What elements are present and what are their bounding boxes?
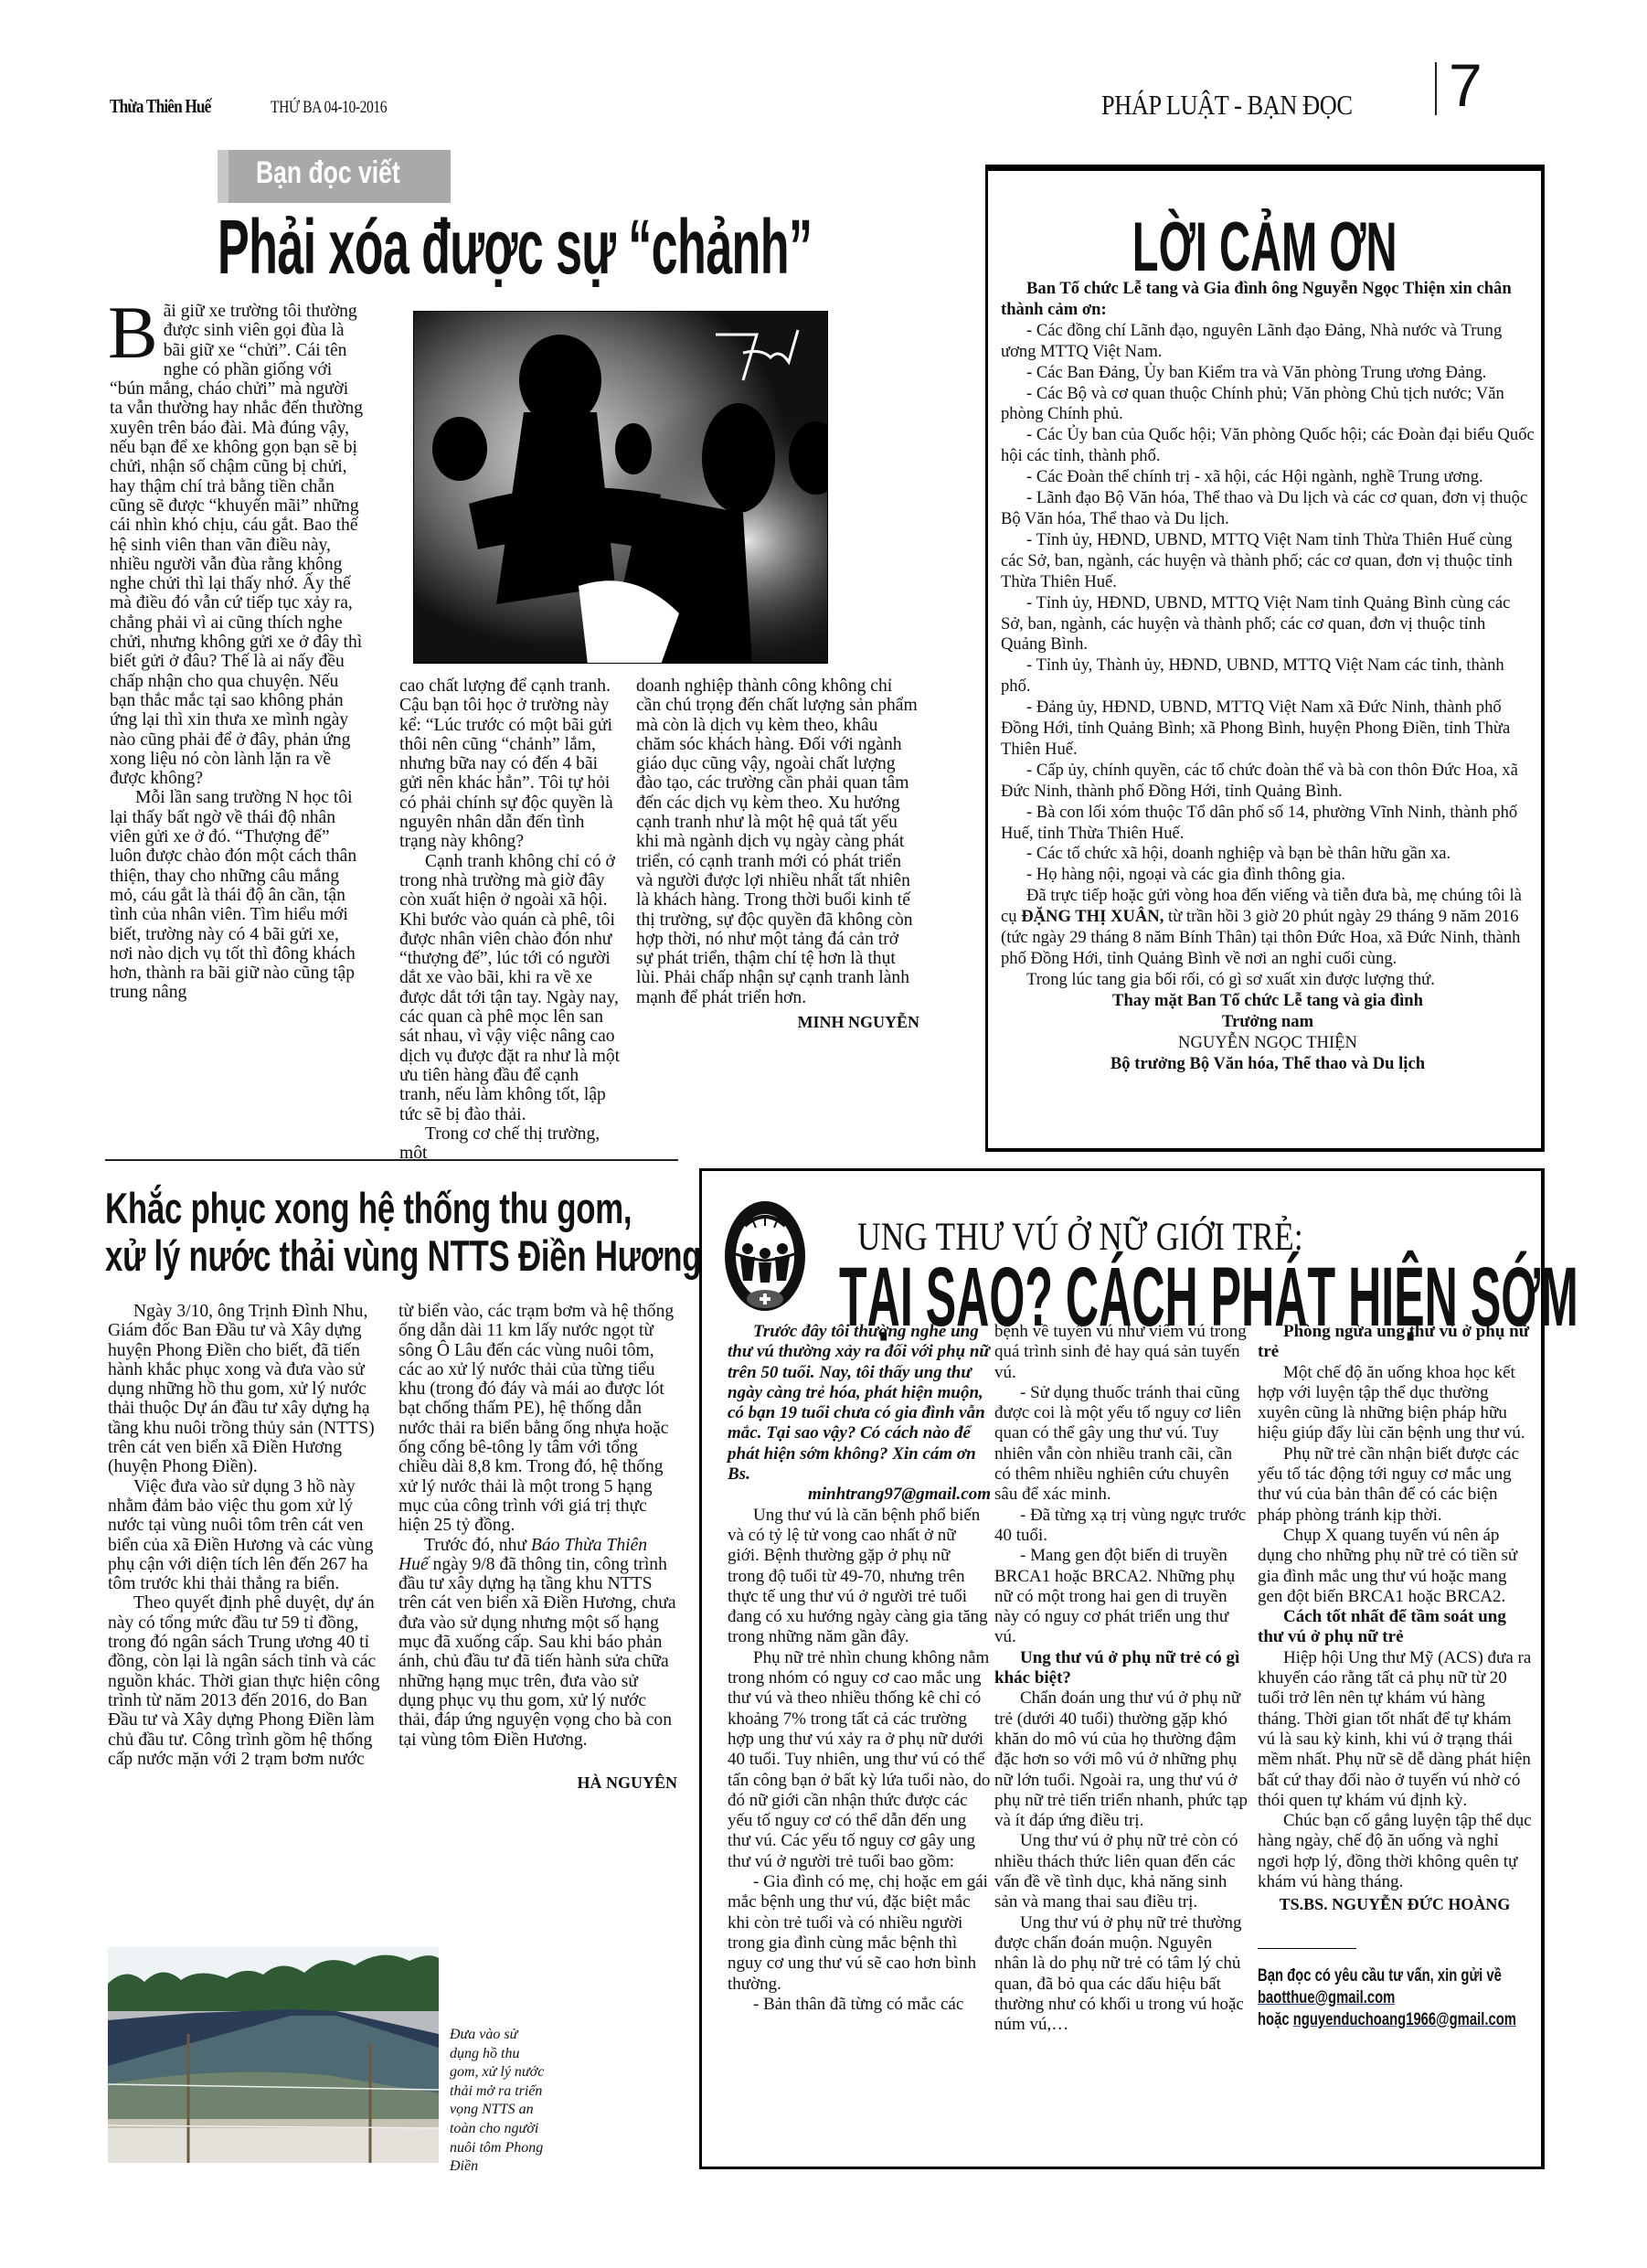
signature-role: Trưởng nam <box>1001 1012 1535 1033</box>
author-byline: MINH NGUYỄN <box>636 1013 919 1032</box>
thanks-intro: Ban Tổ chức Lễ tang và Gia đình ông Nguy… <box>1001 279 1535 321</box>
photo-caption: Đưa vào sử dụng hồ thu gom, xử lý nước t… <box>450 2026 546 2177</box>
article-paragraph: bệnh về tuyến vú như viêm vú trong quá t… <box>994 1322 1249 1383</box>
article-paragraph: Ngày 3/10, ông Trịnh Đình Nhu, Giám đốc … <box>108 1302 382 1477</box>
contact-divider <box>1258 1948 1356 1949</box>
thanks-item: - Họ hàng nội, ngoại và các gia đình thô… <box>1001 865 1535 886</box>
contact-email-link[interactable]: nguyenduchoang1966@gmail.com <box>1293 2010 1516 2029</box>
article-paragraph: Phụ nữ trẻ nhìn chung không nằm trong nh… <box>728 1648 991 1872</box>
article-paragraph: Phụ nữ trẻ cần nhận biết được các yếu tố… <box>1258 1444 1532 1526</box>
subheading: Cách tốt nhất để tầm soát ung thư vú ở p… <box>1258 1607 1532 1648</box>
illustration-icon <box>414 312 828 664</box>
article-paragraph: - Sử dụng thuốc tránh thai cũng được coi… <box>994 1383 1249 1506</box>
article-paragraph: Trước đó, như Báo Thừa Thiên Huế ngày 9/… <box>398 1536 677 1750</box>
thanks-item: - Tỉnh ủy, Thành ủy, HĐND, UBND, MTTQ Vi… <box>1001 655 1535 697</box>
column-badge: Bạn đọc viết <box>218 150 451 203</box>
article-paragraph: Cạnh tranh không chỉ có ở trong nhà trườ… <box>399 852 622 1124</box>
thanks-item: - Đảng ủy, HĐND, UBND, MTTQ Việt Nam xã … <box>1001 697 1535 761</box>
drop-cap: B <box>108 305 158 360</box>
contact-line: Bạn đọc có yêu cầu tư vấn, xin gửi về <box>1258 1965 1535 1987</box>
article-paragraph: Ung thư vú ở phụ nữ trẻ thường được chẩn… <box>994 1913 1249 2036</box>
health-column-box: UNG THƯ VÚ Ở NỮ GIỚI TRẺ: TẠI SAO? CÁCH … <box>699 1168 1545 2169</box>
thanks-item: - Các đồng chí Lãnh đạo, nguyên Lãnh đạo… <box>1001 321 1535 363</box>
signature-title: Bộ trưởng Bộ Văn hóa, Thể thao và Du lịc… <box>1001 1054 1535 1075</box>
thanks-item: - Các Đoàn thể chính trị - xã hội, các H… <box>1001 467 1535 488</box>
article-paragraph: - Mang gen đột biến di truyền BRCA1 hoặc… <box>994 1546 1249 1647</box>
thanks-item: - Các Bộ và cơ quan thuộc Chính phủ; Văn… <box>1001 384 1535 426</box>
thanks-item: - Các tổ chức xã hội, doanh nghiệp và bạ… <box>1001 844 1535 865</box>
article-column-2: từ biển vào, các trạm bơm và hệ thống ốn… <box>398 1302 677 1793</box>
health-column-3: Phòng ngừa ung thư vú ở phụ nữ trẻ Một c… <box>1258 1322 1532 2031</box>
signature-name: NGUYỄN NGỌC THIỆN <box>1001 1033 1535 1054</box>
section-divider <box>105 1159 678 1161</box>
article-column-1: Bãi giữ xe trường tôi thường được sinh v… <box>110 302 364 1003</box>
contact-info: Bạn đọc có yêu cầu tư vấn, xin gửi về ba… <box>1258 1965 1535 2031</box>
issue-date: THỨ BA 04-10-2016 <box>271 98 387 118</box>
article-paragraph: - Bản thân đã từng có mắc các <box>728 1995 991 2015</box>
health-family-logo <box>722 1198 808 1314</box>
health-column-1: Trước đây tôi thường nghe ung thư vú thư… <box>728 1322 991 2015</box>
health-column-2: bệnh về tuyến vú như viêm vú trong quá t… <box>994 1322 1249 2035</box>
article-paragraph: - Đã từng xạ trị vùng ngực trước 40 tuổi… <box>994 1506 1249 1547</box>
thanks-item: - Các Ban Đảng, Ủy ban Kiểm tra và Văn p… <box>1001 363 1535 384</box>
thanks-item: - Tỉnh ủy, HĐND, UBND, MTTQ Việt Nam tỉn… <box>1001 530 1535 593</box>
author-byline: TS.BS. NGUYỄN ĐỨC HOÀNG <box>1258 1894 1532 1914</box>
article-paragraph: Trong cơ chế thị trường, một <box>399 1124 622 1164</box>
article-paragraph: Việc đưa vào sử dụng 3 hồ này nhằm đảm b… <box>108 1477 382 1594</box>
article-paragraph: Chúc bạn cố gắng luyện tập thể dục hàng … <box>1258 1811 1532 1892</box>
article-paragraph: Hiệp hội Ung thư Mỹ (ACS) đưa ra khuyến … <box>1258 1648 1532 1811</box>
thanks-item: - Tỉnh ủy, HĐND, UBND, MTTQ Việt Nam tỉn… <box>1001 593 1535 656</box>
contact-email-link[interactable]: baotthue@gmail.com <box>1258 1988 1395 2007</box>
article-paragraph: cao chất lượng để cạnh tranh. Cậu bạn tô… <box>399 676 622 852</box>
article-paragraph: Chụp X quang tuyến vú nên áp dụng cho nh… <box>1258 1526 1532 1607</box>
thanks-item: - Bà con lối xóm thuộc Tổ dân phố số 14,… <box>1001 803 1535 845</box>
thanks-notice-box: LỜI CẢM ƠN Ban Tổ chức Lễ tang và Gia đì… <box>985 165 1545 1152</box>
deceased-name: ĐẶNG THỊ XUÂN, <box>1021 907 1164 926</box>
thanks-title: LỜI CẢM ƠN <box>988 208 1541 287</box>
health-logo-icon <box>722 1198 808 1314</box>
reader-email: minhtrang97@gmail.com <box>728 1485 991 1505</box>
pond-photo-icon <box>108 1947 439 2163</box>
badge-stripe <box>218 150 228 203</box>
page-number: 7 <box>1449 55 1482 115</box>
article-paragraph: từ biển vào, các trạm bơm và hệ thống ốn… <box>398 1302 677 1536</box>
thanks-item: - Lãnh đạo Bộ Văn hóa, Thể thao và Du lị… <box>1001 488 1535 530</box>
article-column-2: cao chất lượng để cạnh tranh. Cậu bạn tô… <box>399 676 622 1163</box>
motorbike-parking-illustration <box>413 311 828 664</box>
article-paragraph: Bãi giữ xe trường tôi thường được sinh v… <box>110 302 364 788</box>
article-paragraph: doanh nghiệp thành công không chỉ cần ch… <box>636 676 919 1007</box>
article-paragraph: Theo quyết định phê duyệt, dự án này có … <box>108 1593 382 1769</box>
shrimp-pond-photo <box>108 1947 439 2163</box>
thanks-tribute: Đã trực tiếp hoặc gửi vòng hoa đến viếng… <box>1001 886 1535 970</box>
article-column-1: Ngày 3/10, ông Trịnh Đình Nhu, Giám đốc … <box>108 1302 382 1769</box>
author-byline: HÀ NGUYÊN <box>398 1773 677 1793</box>
article-paragraph: Chẩn đoán ung thư vú ở phụ nữ trẻ (dưới … <box>994 1688 1249 1831</box>
thanks-item: - Cấp ủy, chính quyền, các tổ chức đoàn … <box>1001 761 1535 803</box>
article-paragraph: Ung thư vú ở phụ nữ trẻ còn có nhiều thá… <box>994 1831 1249 1912</box>
article-paragraph: Ung thư vú là căn bệnh phổ biến và có tỷ… <box>728 1506 991 1648</box>
subheading: Phòng ngừa ung thư vú ở phụ nữ trẻ <box>1258 1322 1532 1363</box>
thanks-body: Ban Tổ chức Lễ tang và Gia đình ông Nguy… <box>1001 279 1535 1074</box>
article-title: Phải xóa được sự “chảnh” <box>218 208 812 285</box>
article-paragraph: Một chế độ ăn uống khoa học kết hợp với … <box>1258 1363 1532 1444</box>
article-paragraph: Mỗi lần sang trường N học tôi lại thấy b… <box>110 788 364 1002</box>
header-divider <box>1435 62 1437 115</box>
reader-question: Trước đây tôi thường nghe ung thư vú thư… <box>728 1322 991 1485</box>
article-paragraph: - Gia đình có mẹ, chị hoặc em gái mắc bệ… <box>728 1872 991 1995</box>
thanks-item: - Các Ủy ban của Quốc hội; Văn phòng Quố… <box>1001 425 1535 467</box>
column-badge-label: Bạn đọc viết <box>256 155 400 191</box>
signature-line: Thay mặt Ban Tổ chức Lễ tang và gia đình <box>1001 991 1535 1012</box>
paper-name: Thừa Thiên Huế <box>110 95 211 118</box>
thanks-apology: Trong lúc tang gia bối rối, có gì sơ xuấ… <box>1001 970 1535 991</box>
section-title: PHÁP LUẬT - BẠN ĐỌC <box>1101 89 1352 122</box>
subheading: Ung thư vú ở phụ nữ trẻ có gì khác biệt? <box>994 1648 1249 1689</box>
article-title: Khắc phục xong hệ thống thu gom, xử lý n… <box>105 1185 701 1280</box>
article-column-3: doanh nghiệp thành công không chỉ cần ch… <box>636 676 919 1032</box>
